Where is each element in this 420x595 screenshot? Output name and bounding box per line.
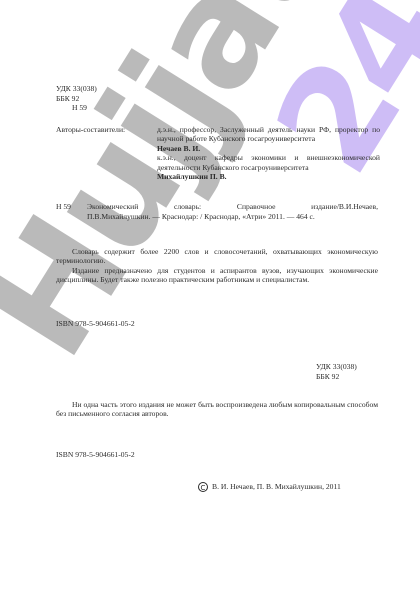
biblio-line-1: Экономический словарь: Справочное издани…: [87, 202, 378, 211]
page-content: УДК 33(038) ББК 92 Н 59 Авторы-составите…: [0, 0, 420, 595]
annotation-paragraph-2: Издание предназначено для студентов и ас…: [56, 266, 378, 285]
author-mark: Н 59: [56, 103, 97, 113]
biblio-code: Н 59: [56, 202, 71, 211]
copyright-text: В. И. Нечаев, П. В. Михайлушкин, 2011: [212, 482, 341, 491]
copyright-line: C В. И. Нечаев, П. В. Михайлушкин, 2011: [198, 482, 341, 492]
biblio-line-2: П.В.Михайлушкин. — Краснодар: / Краснода…: [87, 212, 378, 221]
annotation-paragraph-1: Словарь содержит более 2200 слов и слово…: [56, 247, 378, 266]
isbn-top: ISBN 978-5-904661-05-2: [56, 319, 135, 328]
document-page: Hujjat 24 УДК 33(038) ББК 92 Н 59 Авторы…: [0, 0, 420, 595]
udk-code-right: УДК 33(038): [316, 362, 357, 372]
annotation: Словарь содержит более 2200 слов и слово…: [56, 247, 378, 285]
authors-label: Авторы-составители:: [56, 125, 125, 134]
author1-name: Нечаев В. И.: [157, 144, 380, 153]
bbk-code-right: ББК 92: [316, 372, 357, 382]
udk-code: УДК 33(038): [56, 84, 97, 94]
authors-list: д.э.н., профессор, Заслуженный деятель н…: [157, 125, 380, 181]
rights-notice: Ни одна часть этого издания не может быт…: [56, 400, 378, 419]
author1-description: д.э.н., профессор, Заслуженный деятель н…: [157, 125, 380, 144]
isbn-bottom: ISBN 978-5-904661-05-2: [56, 450, 135, 459]
author2-description: к.э.н., доцент кафедры экономики и внешн…: [157, 153, 380, 172]
bbk-code: ББК 92: [56, 94, 97, 104]
classification-codes: УДК 33(038) ББК 92 Н 59: [56, 84, 97, 113]
copyright-icon: C: [198, 482, 208, 492]
author2-name: Михайлушкин П. В.: [157, 172, 380, 181]
classification-codes-right: УДК 33(038) ББК 92: [316, 362, 357, 381]
rights-notice-text: Ни одна часть этого издания не может быт…: [56, 400, 378, 419]
